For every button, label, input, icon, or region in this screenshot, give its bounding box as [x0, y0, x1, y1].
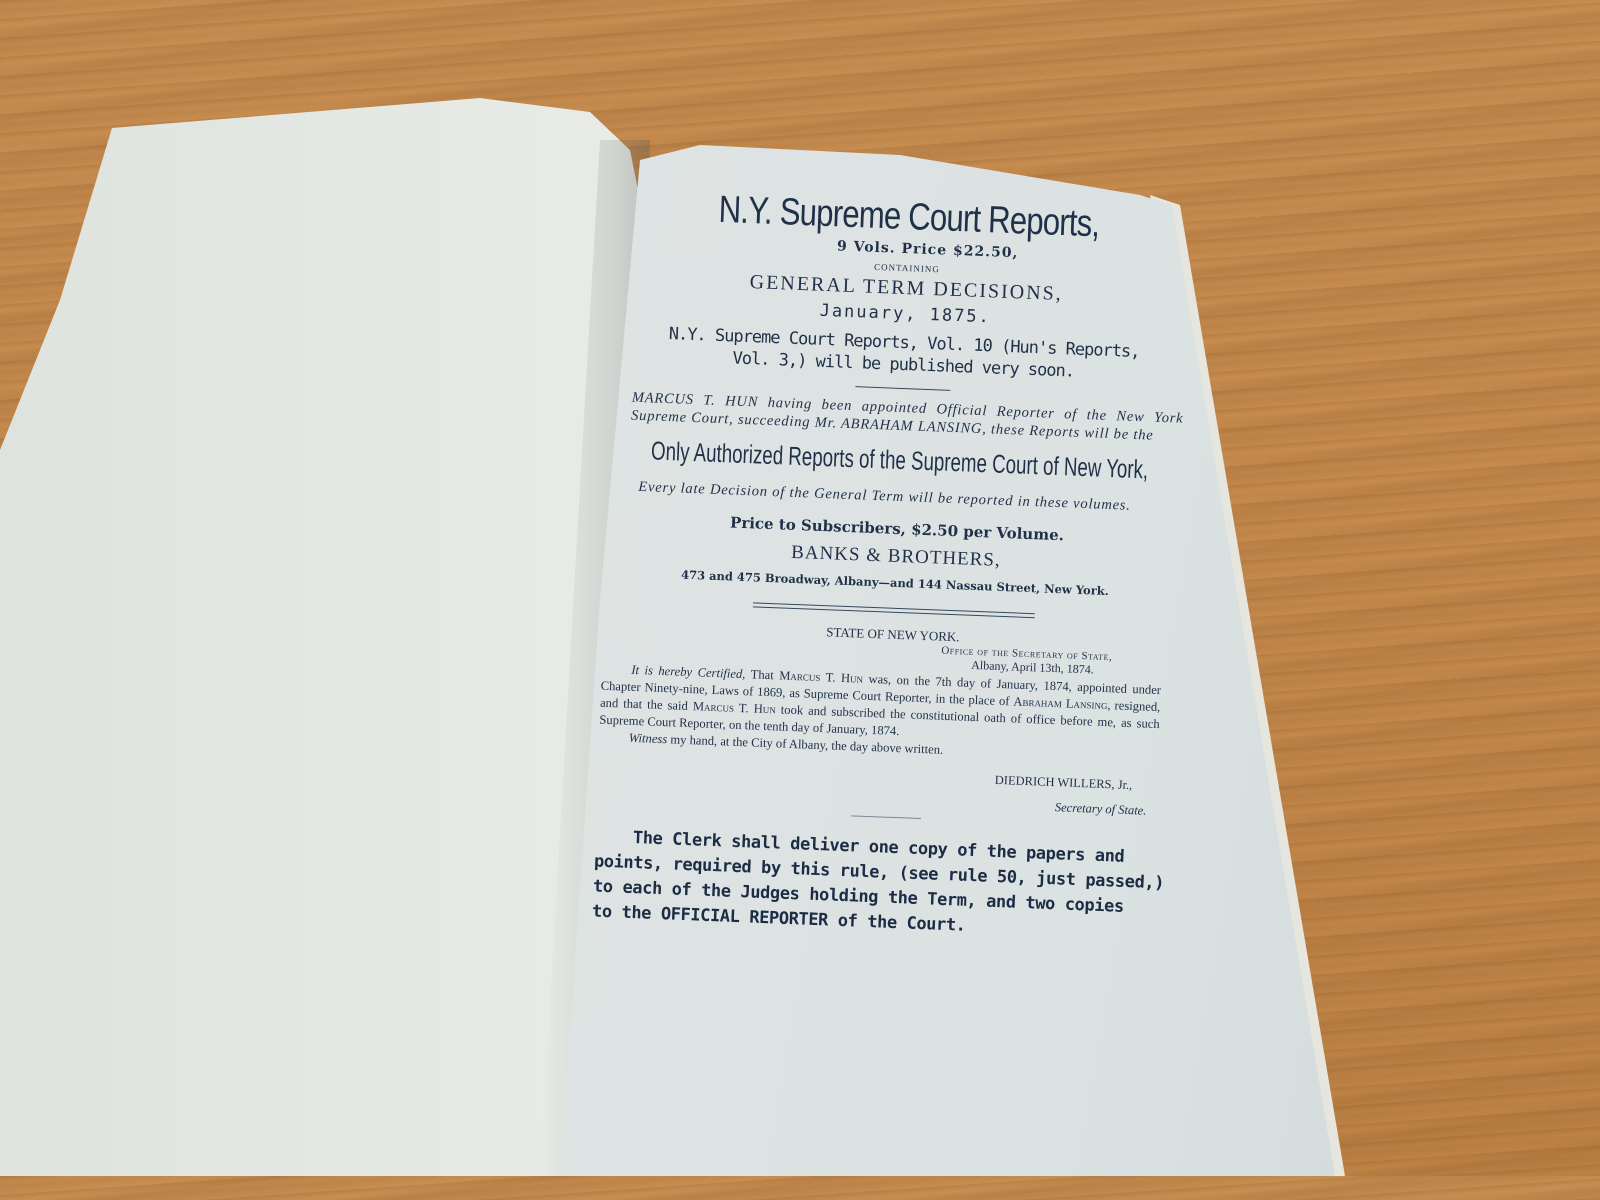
cert-text: That [745, 667, 779, 682]
certified-italic: It is hereby Certified, [631, 663, 746, 681]
person-name: Marcus T. Hun [693, 699, 776, 716]
person-name: Abraham Lansing [1013, 694, 1108, 712]
double-divider [753, 602, 1035, 618]
divider [855, 386, 950, 391]
page-text-block: N.Y. Supreme Court Reports, 9 Vols. Pric… [592, 185, 1200, 947]
witness-italic: Witness [629, 731, 668, 746]
person-name: Marcus T. Hun [779, 668, 863, 685]
divider-short [851, 815, 921, 819]
